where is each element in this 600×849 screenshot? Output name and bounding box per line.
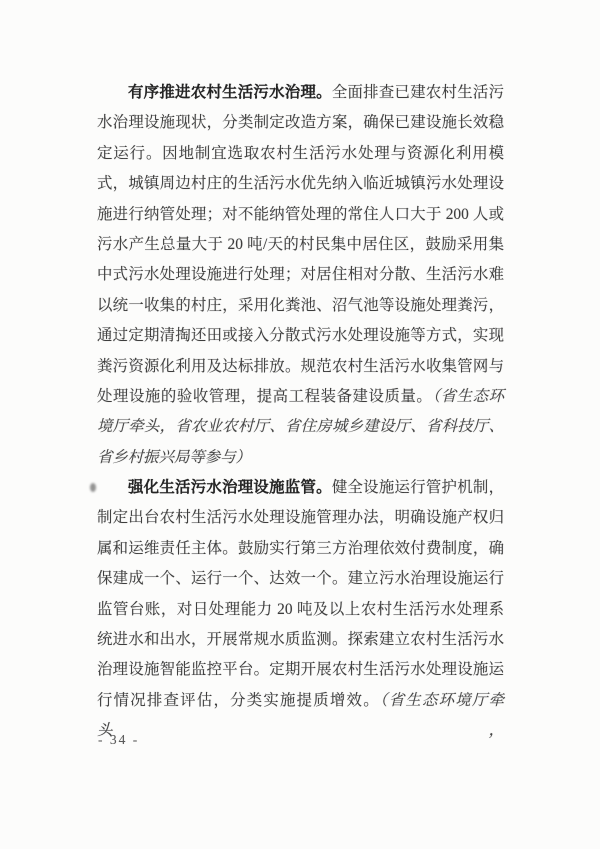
text-line: 治理设施智能监控平台。定期开展农村生活污水处理设施运 bbox=[97, 655, 504, 685]
agency-note: 境厅牵头，省农业农村厅、省住房城乡建设厅、省科技厅、 bbox=[97, 418, 504, 435]
text-line: 行情况排查评估，分类实施提质增效。（省生态环境厅牵头， bbox=[97, 686, 504, 716]
text-line: 定运行。因地制宜选取农村生活污水处理与资源化利用模 bbox=[97, 139, 504, 169]
text-line: 统进水和出水，开展常规水质监测。探索建立农村生活污水 bbox=[97, 625, 504, 655]
body-text: 处理设施的验收管理，提高工程装备建设质量。 bbox=[97, 388, 432, 405]
page-number: - 34 - bbox=[98, 732, 139, 748]
text-line: 污水产生总量大于 20 吨/天的村民集中居住区，鼓励采用集 bbox=[97, 230, 504, 260]
paragraph-lead-bold: 有序推进农村生活污水治理。 bbox=[128, 84, 332, 101]
text-line: 处理设施的验收管理，提高工程装备建设质量。（省生态环 bbox=[97, 382, 504, 412]
body-text: 水治理设施现状，分类制定改造方案，确保已建设施长效稳 bbox=[97, 114, 504, 131]
body-text: 治理设施智能监控平台。定期开展农村生活污水处理设施运 bbox=[97, 661, 504, 678]
body-text: 以统一收集的村庄，采用化粪池、沼气池等设施处理粪污， bbox=[97, 297, 504, 314]
body-text: 污水产生总量大于 20 吨/天的村民集中居住区，鼓励采用集 bbox=[97, 236, 504, 253]
body-text: 统进水和出水，开展常规水质监测。探索建立农村生活污水 bbox=[97, 631, 504, 648]
text-line: 省乡村振兴局等参与） bbox=[97, 443, 504, 473]
body-text: 行情况排查评估，分类实施提质增效。 bbox=[97, 692, 380, 709]
text-line: 中式污水处理设施进行处理；对居住相对分散、生活污水难 bbox=[97, 260, 504, 290]
text-line: 以统一收集的村庄，采用化粪池、沼气池等设施处理粪污， bbox=[97, 291, 504, 321]
body-text: 全面排查已建农村生活污 bbox=[332, 84, 504, 101]
text-line: 通过定期清掏还田或接入分散式污水处理设施等方式，实现 bbox=[97, 321, 504, 351]
text-line: 强化生活污水治理设施监管。健全设施运行管护机制， bbox=[97, 473, 504, 503]
body-text: 健全设施运行管护机制， bbox=[332, 479, 504, 496]
body-text: 中式污水处理设施进行处理；对居住相对分散、生活污水难 bbox=[97, 266, 504, 283]
body-text: 施进行纳管处理；对不能纳管处理的常住人口大于 200 人或 bbox=[97, 206, 504, 223]
text-line: 粪污资源化利用及达标排放。规范农村生活污水收集管网与 bbox=[97, 352, 504, 382]
text-line: 施进行纳管处理；对不能纳管处理的常住人口大于 200 人或 bbox=[97, 200, 504, 230]
body-text: 式，城镇周边村庄的生活污水优先纳入临近城镇污水处理设 bbox=[97, 175, 504, 192]
text-line: 境厅牵头，省农业农村厅、省住房城乡建设厅、省科技厅、 bbox=[97, 412, 504, 442]
body-text: 制定出台农村生活污水处理设施管理办法，明确设施产权归 bbox=[97, 509, 504, 526]
text-line: 属和运维责任主体。鼓励实行第三方治理依效付费制度，确 bbox=[97, 534, 504, 564]
scan-artifact bbox=[90, 483, 96, 492]
text-line: 监管台账，对日处理能力 20 吨及以上农村生活污水处理系 bbox=[97, 595, 504, 625]
document-body: 有序推进农村生活污水治理。全面排查已建农村生活污 水治理设施现状，分类制定改造方… bbox=[97, 78, 504, 716]
body-text: 粪污资源化利用及达标排放。规范农村生活污水收集管网与 bbox=[97, 358, 504, 375]
text-line: 保建成一个、运行一个、达效一个。建立污水治理设施运行 bbox=[97, 564, 504, 594]
body-text: 通过定期清掏还田或接入分散式污水处理设施等方式，实现 bbox=[97, 327, 504, 344]
agency-note: 省乡村振兴局等参与） bbox=[97, 449, 251, 466]
body-text: 保建成一个、运行一个、达效一个。建立污水治理设施运行 bbox=[97, 570, 504, 587]
text-line: 制定出台农村生活污水处理设施管理办法，明确设施产权归 bbox=[97, 503, 504, 533]
body-text: 监管台账，对日处理能力 20 吨及以上农村生活污水处理系 bbox=[97, 601, 504, 618]
body-text: 定运行。因地制宜选取农村生活污水处理与资源化利用模 bbox=[97, 145, 504, 162]
text-line: 式，城镇周边村庄的生活污水优先纳入临近城镇污水处理设 bbox=[97, 169, 504, 199]
paragraph-lead-bold: 强化生活污水治理设施监管。 bbox=[128, 479, 332, 496]
text-line: 水治理设施现状，分类制定改造方案，确保已建设施长效稳 bbox=[97, 108, 504, 138]
agency-note: （省生态环 bbox=[432, 388, 504, 405]
text-line: 有序推进农村生活污水治理。全面排查已建农村生活污 bbox=[97, 78, 504, 108]
document-page: 有序推进农村生活污水治理。全面排查已建农村生活污 水治理设施现状，分类制定改造方… bbox=[0, 0, 600, 849]
body-text: 属和运维责任主体。鼓励实行第三方治理依效付费制度，确 bbox=[97, 540, 504, 557]
